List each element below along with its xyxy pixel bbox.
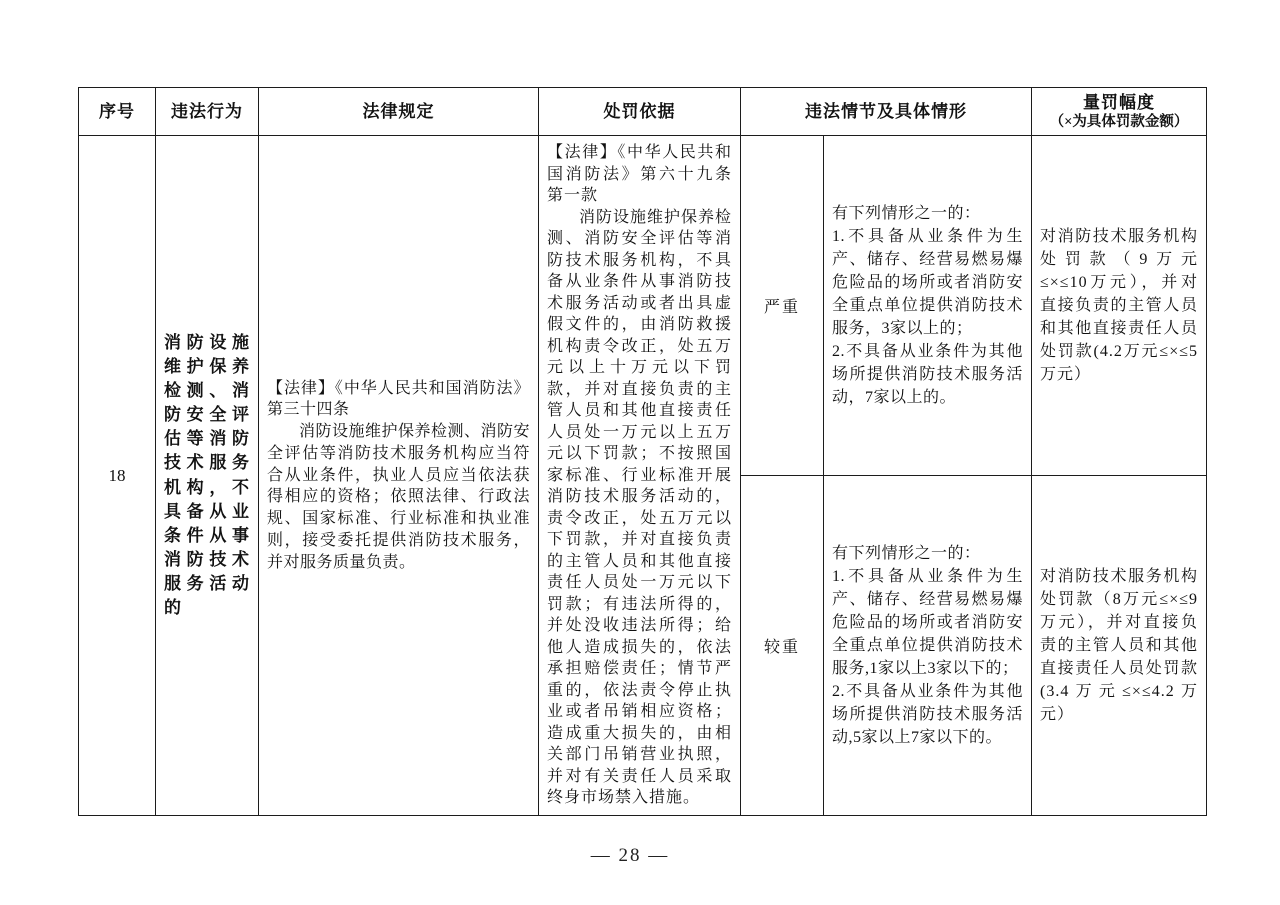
penalty-text: 对消防技术服务机构处罚款（9万元≤×≤10万元），并对直接负责的主管人员和其他直… — [1040, 225, 1198, 386]
document-page: 序号 违法行为 法律规定 处罚依据 违法情节及具体情形 量罚幅度 （×为具体罚款… — [0, 0, 1280, 905]
penalty-range-title: 量罚幅度 — [1034, 92, 1204, 113]
penalty-basis-title: 【法律】《中华人民共和国消防法》第六十九条第一款 — [547, 142, 732, 207]
penalty-basis-body: 消防设施维护保养检测、消防安全评估等消防技术服务机构，不具备从业条件从事消防技术… — [547, 207, 732, 809]
col-header-circumstances: 违法情节及具体情形 — [741, 88, 1032, 136]
page-number: — 28 — — [0, 845, 1260, 867]
cell-index: 18 — [79, 136, 156, 816]
legal-provision-title: 【法律】《中华人民共和国消防法》第三十四条 — [267, 378, 530, 422]
legal-provision-body: 消防设施维护保养检测、消防安全评估等消防技术服务机构应当符合从业条件，执业人员应… — [267, 421, 530, 573]
penalty-table: 序号 违法行为 法律规定 处罚依据 违法情节及具体情形 量罚幅度 （×为具体罚款… — [78, 87, 1207, 816]
col-header-violation: 违法行为 — [156, 88, 259, 136]
circumstance-item-1: 1.不具备从业条件为生产、储存、经营易燃易爆危险品的场所或者消防安全重点单位提供… — [832, 225, 1023, 340]
cell-penalty-moderate: 对消防技术服务机构处罚款（8万元≤×≤9万元），并对直接负责的主管人员和其他直接… — [1032, 476, 1207, 816]
col-header-index: 序号 — [79, 88, 156, 136]
circumstance-intro: 有下列情形之一的： — [832, 202, 1023, 225]
cell-severity-severe: 严重 — [741, 136, 824, 476]
penalty-range-subtitle: （×为具体罚款金额） — [1034, 113, 1204, 131]
cell-legal-provision: 【法律】《中华人民共和国消防法》第三十四条 消防设施维护保养检测、消防安全评估等… — [259, 136, 539, 816]
circumstance-item-2: 2.不具备从业条件为其他场所提供消防技术服务活动,5家以上7家以下的。 — [832, 680, 1023, 749]
cell-circumstance-moderate: 有下列情形之一的： 1.不具备从业条件为生产、储存、经营易燃易爆危险品的场所或者… — [824, 476, 1032, 816]
table-row-severe: 18 消防设施维护保养检测、消防安全评估等消防技术服务机构，不具备从业条件从事消… — [79, 136, 1207, 476]
cell-penalty-severe: 对消防技术服务机构处罚款（9万元≤×≤10万元），并对直接负责的主管人员和其他直… — [1032, 136, 1207, 476]
circumstance-item-2: 2.不具备从业条件为其他场所提供消防技术服务活动，7家以上的。 — [832, 340, 1023, 409]
circumstance-intro: 有下列情形之一的： — [832, 542, 1023, 565]
table-header-row: 序号 违法行为 法律规定 处罚依据 违法情节及具体情形 量罚幅度 （×为具体罚款… — [79, 88, 1207, 136]
col-header-penalty-basis: 处罚依据 — [539, 88, 741, 136]
cell-circumstance-severe: 有下列情形之一的： 1.不具备从业条件为生产、储存、经营易燃易爆危险品的场所或者… — [824, 136, 1032, 476]
cell-violation: 消防设施维护保养检测、消防安全评估等消防技术服务机构，不具备从业条件从事消防技术… — [156, 136, 259, 816]
col-header-penalty-range: 量罚幅度 （×为具体罚款金额） — [1032, 88, 1207, 136]
circumstance-item-1: 1.不具备从业条件为生产、储存、经营易燃易爆危险品的场所或者消防安全重点单位提供… — [832, 565, 1023, 680]
penalty-text: 对消防技术服务机构处罚款（8万元≤×≤9万元），并对直接负责的主管人员和其他直接… — [1040, 565, 1198, 726]
cell-penalty-basis: 【法律】《中华人民共和国消防法》第六十九条第一款 消防设施维护保养检测、消防安全… — [539, 136, 741, 816]
cell-severity-moderate: 较重 — [741, 476, 824, 816]
col-header-legal-provision: 法律规定 — [259, 88, 539, 136]
